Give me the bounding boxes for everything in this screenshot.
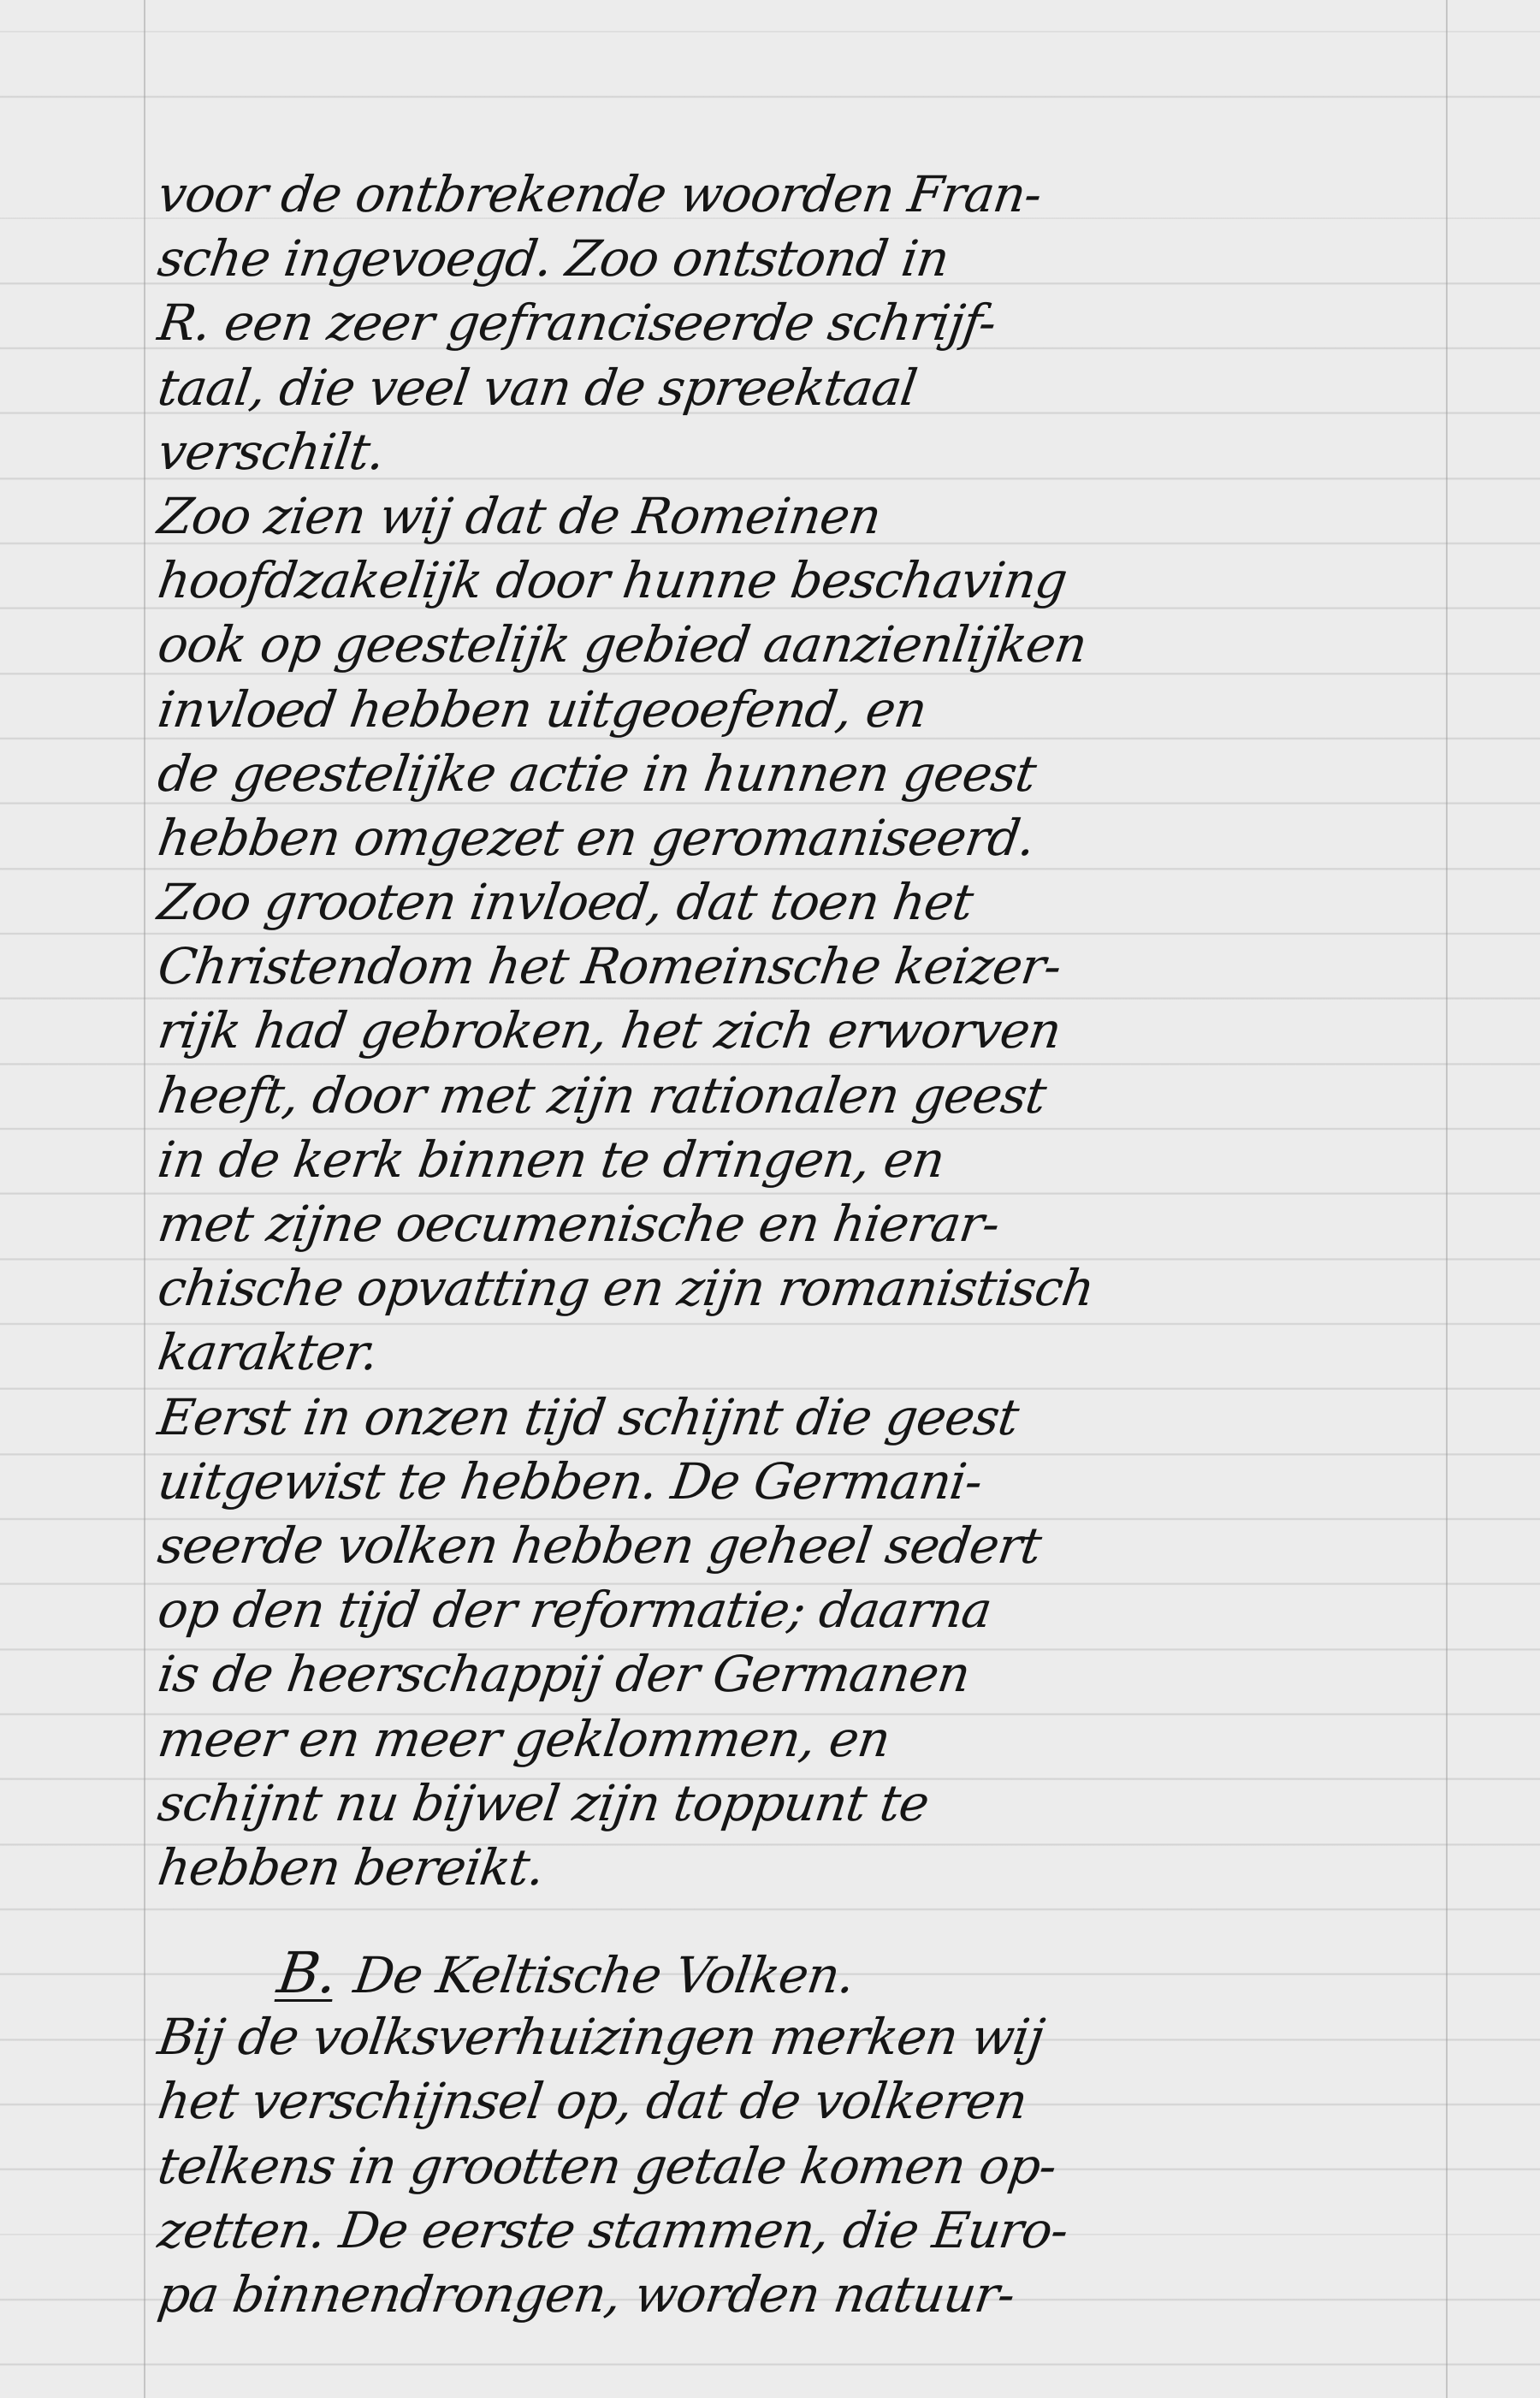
- text-line: R. een zeer gefranciseerde schrijf-: [154, 291, 1532, 355]
- text-line: pa binnendrongen, worden natuur-: [154, 2263, 1532, 2327]
- text-line: meer en meer geklommen, en: [154, 1707, 1532, 1772]
- text-line: het verschijnsel op, dat de volkeren: [154, 2069, 1532, 2134]
- text-line: voor de ontbrekende woorden Fran-: [154, 163, 1532, 227]
- text-line: met zijne oecumenische en hierar-: [154, 1192, 1532, 1256]
- text-line: telkens in grootten getale komen op-: [154, 2134, 1532, 2199]
- text-line: Eerst in onzen tijd schijnt die geest: [154, 1386, 1532, 1450]
- text-line: heeft, door met zijn rationalen geest: [154, 1064, 1532, 1128]
- section-title: De Keltische Volken.: [351, 1946, 858, 2004]
- text-line: hebben omgezet en geromaniseerd.: [154, 806, 1532, 870]
- manuscript-page: voor de ontbrekende woorden Fran- sche i…: [0, 0, 1540, 2398]
- text-line: uitgewist te hebben. De Germani-: [154, 1450, 1532, 1514]
- section-letter: B.: [274, 1941, 341, 2005]
- text-line: sche ingevoegd. Zoo ontstond in: [154, 227, 1532, 291]
- text-line: hoofdzakelijk door hunne beschaving: [154, 549, 1532, 613]
- text-line: zetten. De eerste stammen, die Euro-: [154, 2199, 1532, 2263]
- text-line: ook op geestelijk gebied aanzienlijken: [154, 613, 1532, 677]
- text-line: seerde volken hebben geheel sedert: [154, 1514, 1532, 1578]
- text-line: de geestelijke actie in hunnen geest: [154, 742, 1532, 806]
- text-line: invloed hebben uitgeoefend, en: [154, 678, 1532, 742]
- text-line: taal, die veel van de spreektaal: [154, 356, 1532, 420]
- section-heading: B.De Keltische Volken.: [154, 1941, 1532, 2005]
- handwritten-text-block: voor de ontbrekende woorden Fran- sche i…: [154, 163, 1523, 2327]
- text-line: rijk had gebroken, het zich erworven: [154, 999, 1532, 1063]
- text-line: op den tijd der reformatie; daarna: [154, 1578, 1532, 1642]
- text-line: Bij de volksverhuizingen merken wij: [154, 2005, 1532, 2069]
- left-margin-line: [144, 0, 145, 2398]
- text-line: Zoo grooten invloed, dat toen het: [154, 870, 1532, 935]
- text-line: verschilt.: [154, 420, 1532, 484]
- text-line: schijnt nu bijwel zijn toppunt te: [154, 1772, 1532, 1836]
- text-line: chische opvatting en zijn romanistisch: [154, 1256, 1532, 1321]
- text-line: Christendom het Romeinsche keizer-: [154, 935, 1532, 999]
- text-line: in de kerk binnen te dringen, en: [154, 1128, 1532, 1192]
- text-line: is de heerschappij der Germanen: [154, 1642, 1532, 1706]
- text-line: hebben bereikt.: [154, 1836, 1532, 1900]
- text-line: karakter.: [154, 1321, 1532, 1385]
- section-spacer: [154, 1900, 1523, 1941]
- text-line: Zoo zien wij dat de Romeinen: [154, 484, 1532, 549]
